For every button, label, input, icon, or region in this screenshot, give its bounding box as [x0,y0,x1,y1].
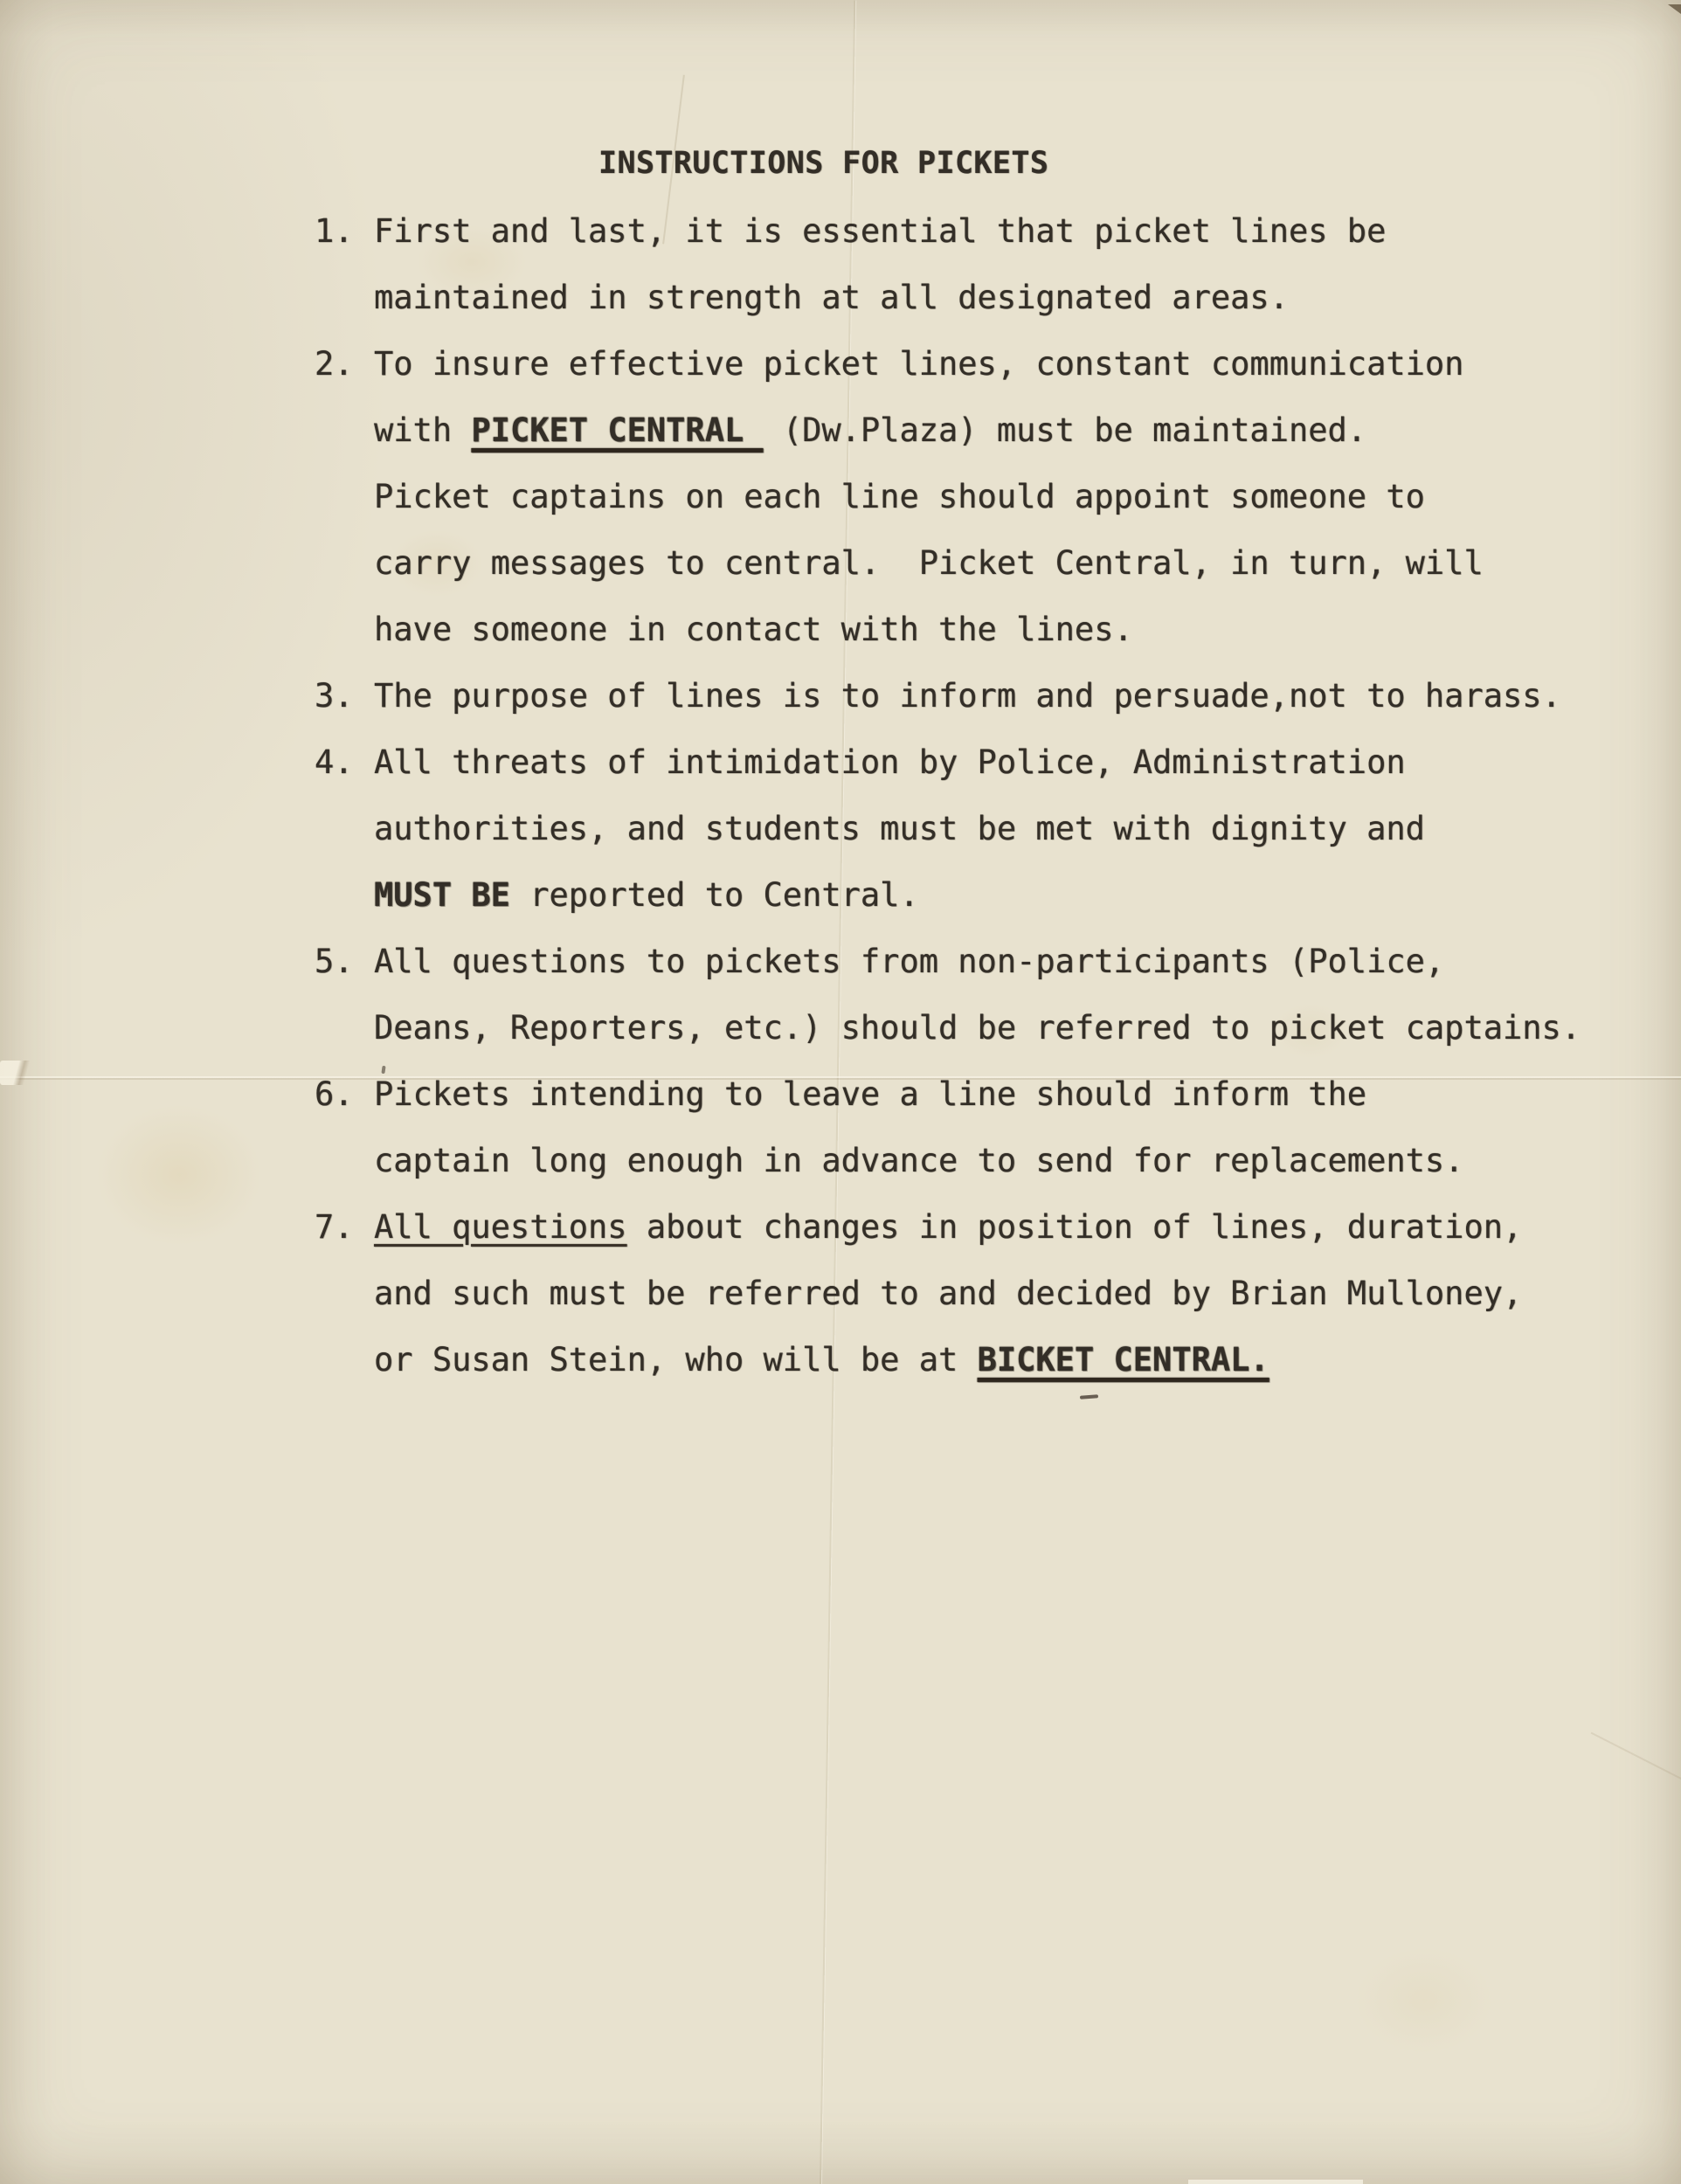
item-5-line-1: 5.All questions to pickets from non-part… [0,929,1681,995]
item-3-line-1: 3.The purpose of lines is to inform and … [0,663,1681,729]
text-segment: All threats of intimidation by Police, A… [374,743,1406,781]
text-segment: with [374,411,471,449]
text-segment: or Susan Stein, who will be at [374,1341,978,1379]
item-4-number: 4. [315,729,354,796]
text-segment: First and last, it is essential that pic… [374,212,1386,250]
text-segment: (Dw.Plaza) must be maintained. [764,411,1367,449]
item-4-line-2: authorities, and students must be met wi… [0,796,1681,862]
text-segment: maintained in strength at all designated… [374,279,1289,316]
corner-notch [1668,4,1681,14]
paper-crease-corner [1591,1732,1681,1786]
stray-typewriter-mark [1080,1394,1098,1399]
bicket-central-bold-underlined: BICKET CENTRAL. [978,1341,1269,1379]
all-questions-underlined: All questions [374,1208,627,1246]
item-1-number: 1. [315,198,354,265]
text-segment: about changes in position of lines, dura… [627,1208,1523,1246]
text-segment: authorities, and students must be met wi… [374,810,1425,847]
item-2-line-4: carry messages to central. Picket Centra… [0,530,1681,597]
item-2-line-3: Picket captains on each line should appo… [0,464,1681,530]
item-7-number: 7. [315,1194,354,1261]
item-4-line-1: 4.All threats of intimidation by Police,… [0,729,1681,796]
item-6-line-2: captain long enough in advance to send f… [0,1128,1681,1194]
document-title: INSTRUCTIONS FOR PICKETS [598,130,1048,197]
must-be-bold: MUST BE [374,876,510,914]
item-5-line-2: Deans, Reporters, etc.) should be referr… [0,995,1681,1061]
text-segment: To insure effective picket lines, consta… [374,345,1463,383]
text-segment: Picket captains on each line should appo… [374,478,1425,515]
picket-central-underlined: PICKET CENTRAL [471,411,763,449]
item-2-line-5: have someone in contact with the lines. [0,597,1681,663]
item-4-line-3: MUST BE reported to Central. [0,862,1681,929]
item-2-line-2: with PICKET CENTRAL (Dw.Plaza) must be m… [0,397,1681,464]
text-segment: Pickets intending to leave a line should… [374,1075,1366,1113]
text-segment: and such must be referred to and decided… [374,1275,1522,1312]
text-segment: All questions to pickets from non-partic… [374,943,1444,980]
item-2-line-1: 2.To insure effective picket lines, cons… [0,331,1681,397]
text-segment: The purpose of lines is to inform and pe… [374,677,1561,715]
item-6-number: 6. [315,1061,354,1128]
paper-edge-highlight [1188,2180,1363,2184]
scanned-document-page: INSTRUCTIONS FOR PICKETS 1.First and las… [0,0,1681,2184]
item-7-line-2: and such must be referred to and decided… [0,1261,1681,1327]
text-segment: Deans, Reporters, etc.) should be referr… [374,1009,1581,1047]
text-segment: carry messages to central. Picket Centra… [374,544,1484,582]
text-segment: reported to Central. [510,876,919,914]
item-2-number: 2. [315,331,354,397]
item-3-number: 3. [315,663,354,729]
item-1-line-1: 1.First and last, it is essential that p… [0,198,1681,265]
text-segment: have someone in contact with the lines. [374,611,1133,648]
document-body: 1.First and last, it is essential that p… [0,198,1681,1393]
text-segment: captain long enough in advance to send f… [374,1142,1463,1179]
item-5-number: 5. [315,929,354,995]
item-6-line-1: 6.Pickets intending to leave a line shou… [0,1061,1681,1128]
item-1-line-2: maintained in strength at all designated… [0,265,1681,331]
item-7-line-1: 7.All questions about changes in positio… [0,1194,1681,1261]
item-7-line-3: or Susan Stein, who will be at BICKET CE… [0,1327,1681,1393]
